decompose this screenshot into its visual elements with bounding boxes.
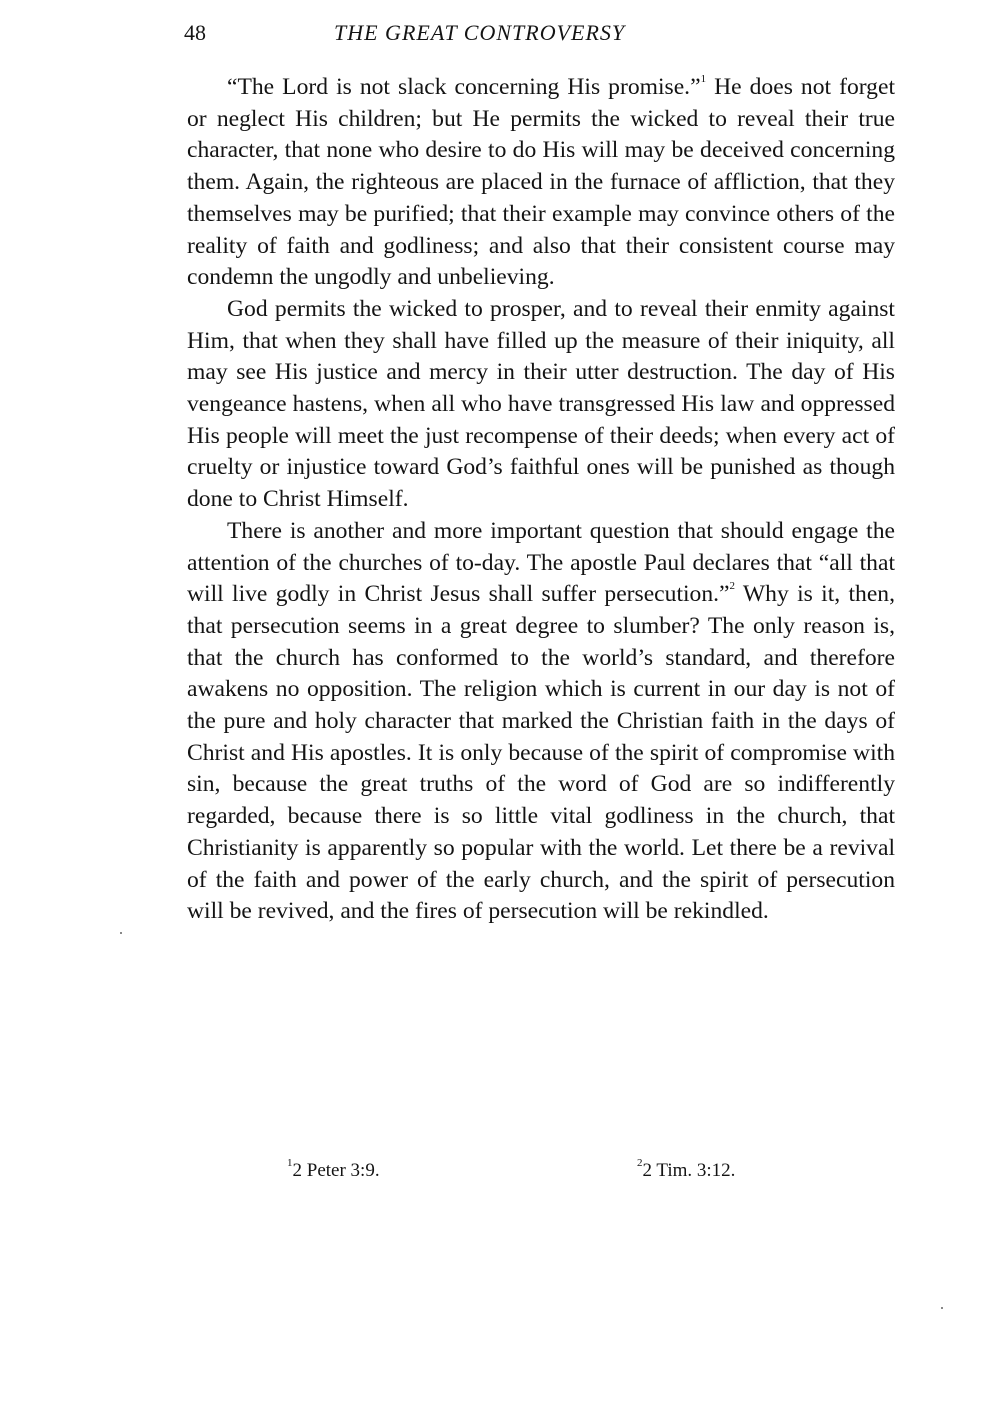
paragraph-1-text-a: “The Lord is not slack concerning His pr… [227,74,701,100]
footnote-1: 12 Peter 3:9. [287,1160,380,1182]
paragraph-3-text-b: Why is it, then, that persecution seems … [187,581,895,924]
paragraph-1-text-b: He does not forget or neglect His childr… [187,74,895,290]
paragraph-1: “The Lord is not slack concerning His pr… [187,72,895,294]
footnote-ref-2: 2 [730,580,736,592]
page-number: 48 [184,20,206,46]
paragraph-3: There is another and more important ques… [187,516,895,928]
footnote-1-marker: 1 [287,1157,293,1169]
footnote-2-marker: 2 [637,1157,643,1169]
scan-speck [941,1307,943,1309]
running-title: THE GREAT CONTROVERSY [334,20,625,46]
footnote-2: 22 Tim. 3:12. [637,1160,735,1182]
footnote-ref-1: 1 [701,73,707,85]
footnote-2-text: 2 Tim. 3:12. [643,1160,736,1181]
paragraph-2: God permits the wicked to prosper, and t… [187,294,895,516]
body-text: “The Lord is not slack concerning His pr… [187,72,895,928]
footnote-1-text: 2 Peter 3:9. [293,1160,380,1181]
scan-speck [120,932,122,934]
page-header: 48 THE GREAT CONTROVERSY [184,20,900,52]
